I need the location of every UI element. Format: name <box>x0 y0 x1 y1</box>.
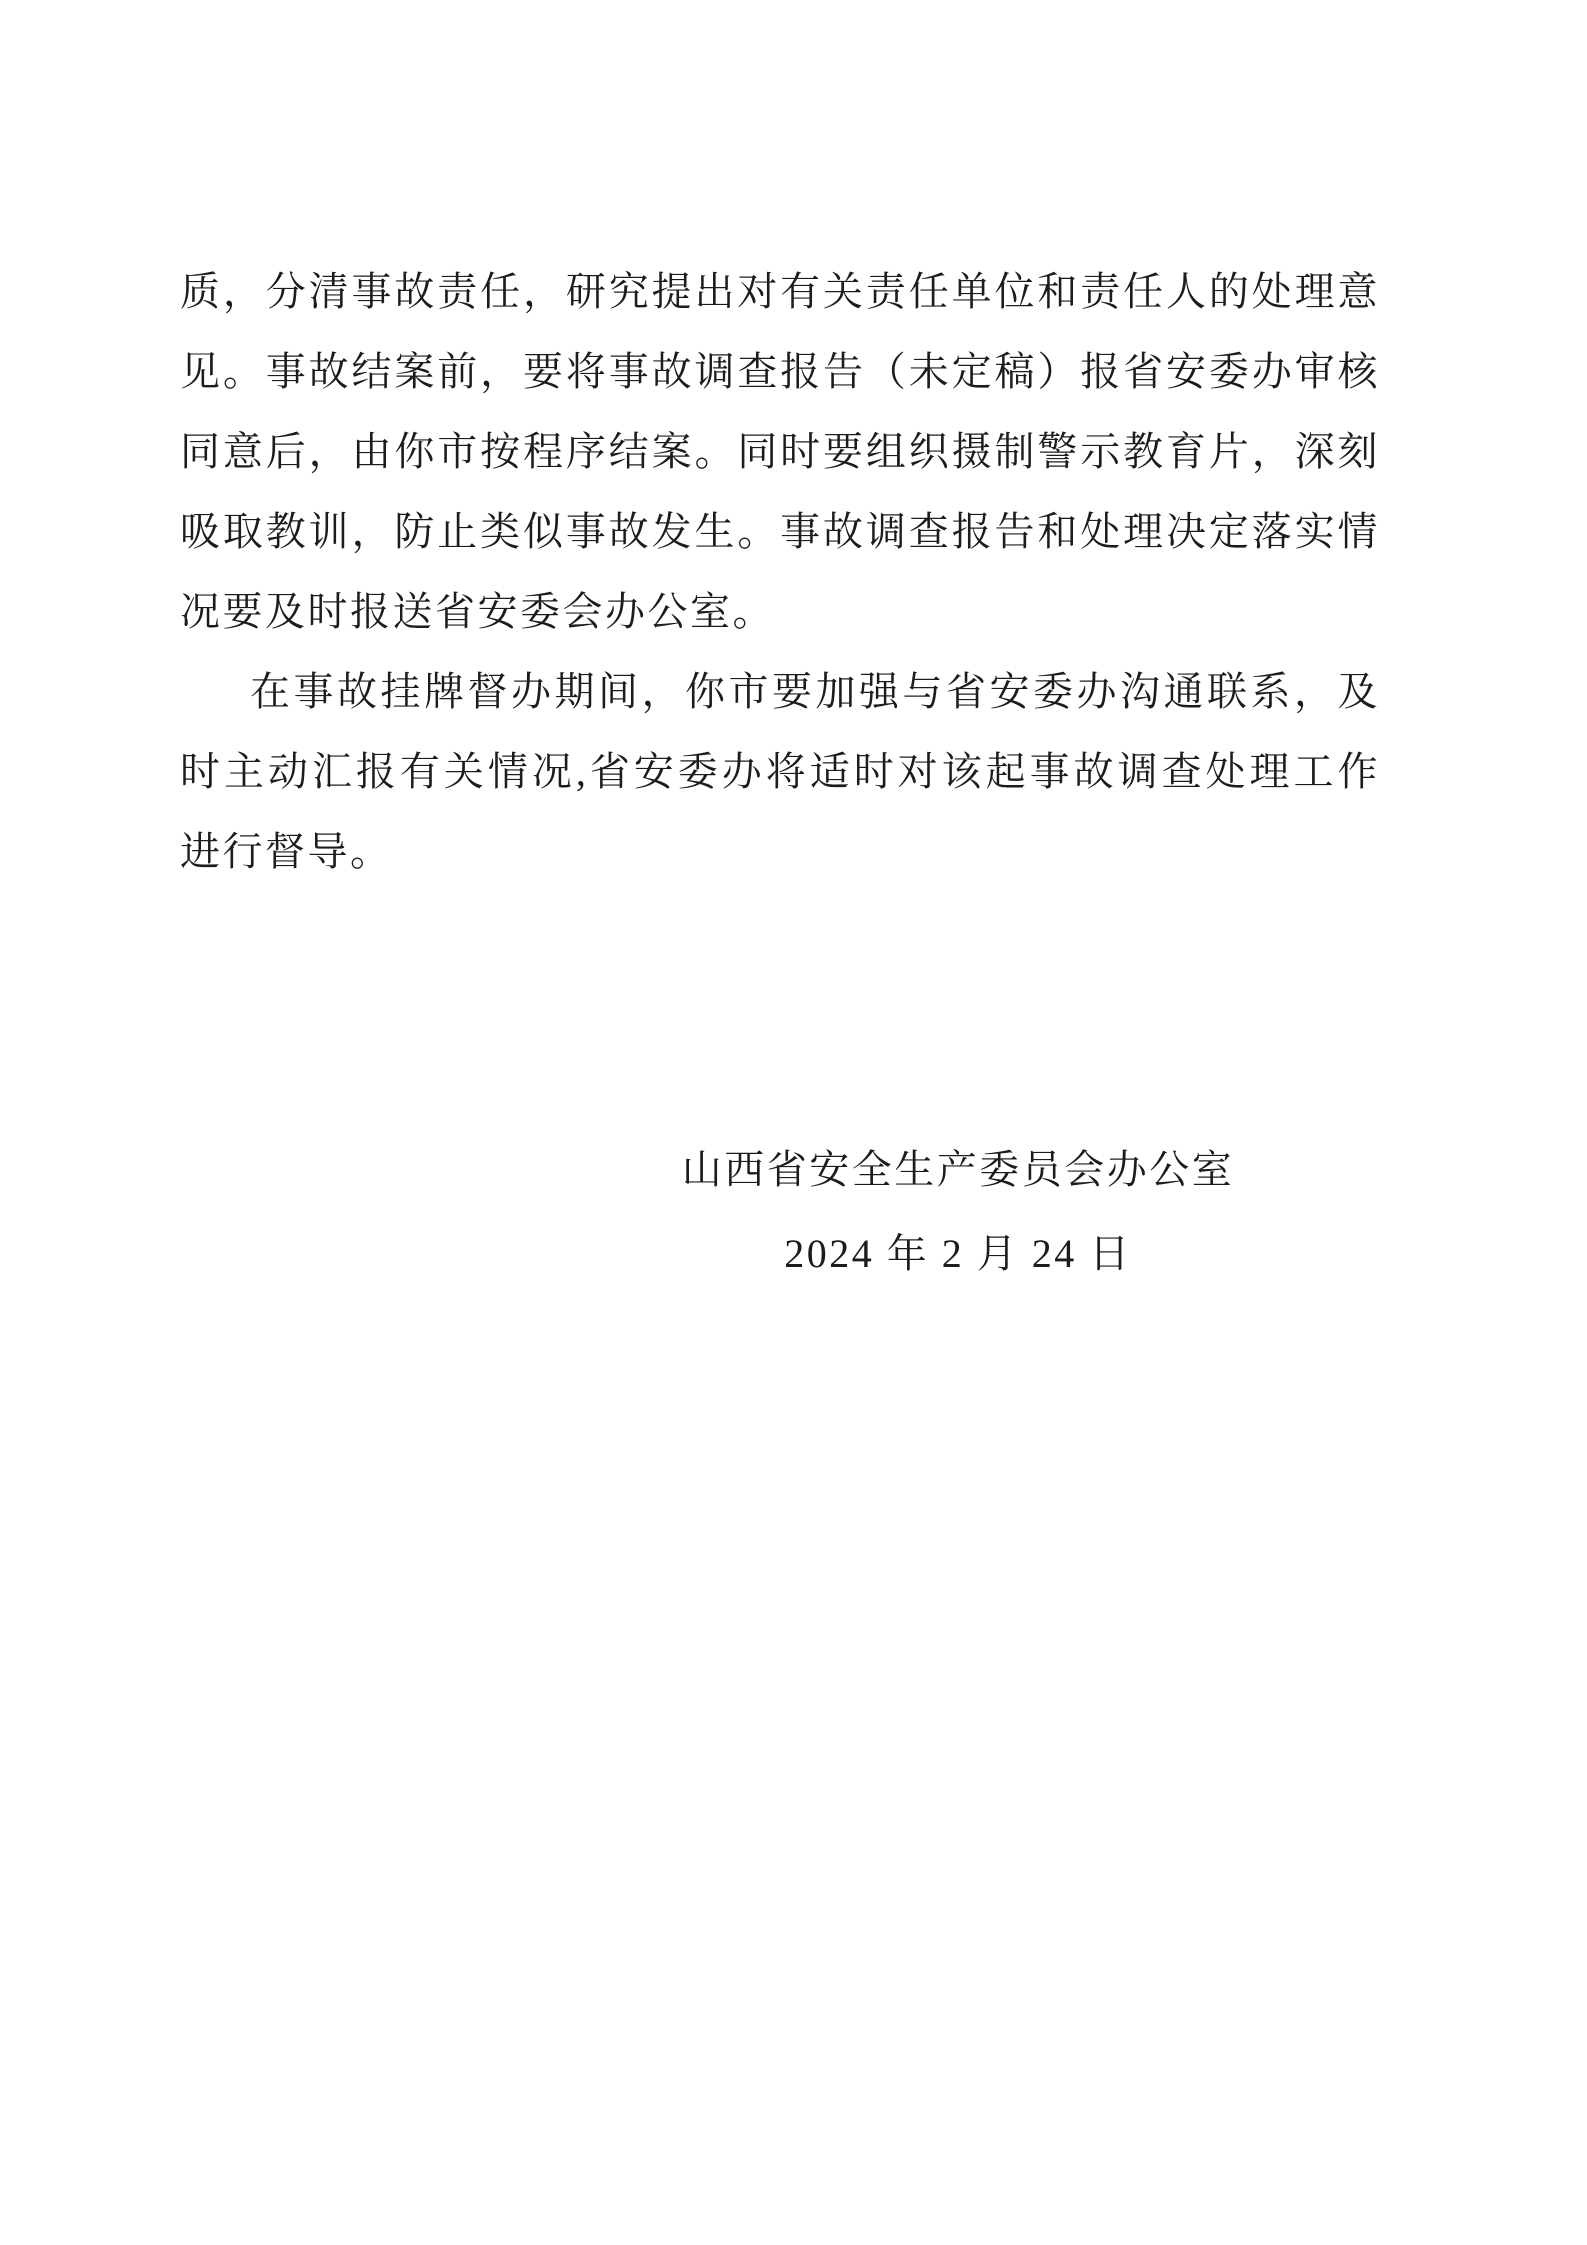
body-line: 质，分清事故责任，研究提出对有关责任单位和责任人的处理意 <box>180 252 1380 332</box>
body-line: 同意后，由你市按程序结案。同时要组织摄制警示教育片，深刻 <box>180 412 1380 492</box>
document-body: 质，分清事故责任，研究提出对有关责任单位和责任人的处理意 见。事故结案前，要将事… <box>180 252 1380 892</box>
signature-date: 2024 年 2 月 24 日 <box>682 1212 1235 1296</box>
body-line: 在事故挂牌督办期间，你市要加强与省安委办沟通联系，及 <box>180 652 1380 732</box>
body-line: 吸取教训，防止类似事故发生。事故调查报告和处理决定落实情 <box>180 492 1380 572</box>
body-line: 进行督导。 <box>180 812 1380 892</box>
body-line: 况要及时报送省安委会办公室。 <box>180 572 1380 652</box>
signature-organization: 山西省安全生产委员会办公室 <box>682 1128 1235 1212</box>
document-page: 质，分清事故责任，研究提出对有关责任单位和责任人的处理意 见。事故结案前，要将事… <box>0 0 1587 2245</box>
signature-block: 山西省安全生产委员会办公室 2024 年 2 月 24 日 <box>682 1128 1235 1296</box>
body-line: 时主动汇报有关情况,省安委办将适时对该起事故调查处理工作 <box>180 732 1380 812</box>
body-line: 见。事故结案前，要将事故调查报告（未定稿）报省安委办审核 <box>180 332 1380 412</box>
